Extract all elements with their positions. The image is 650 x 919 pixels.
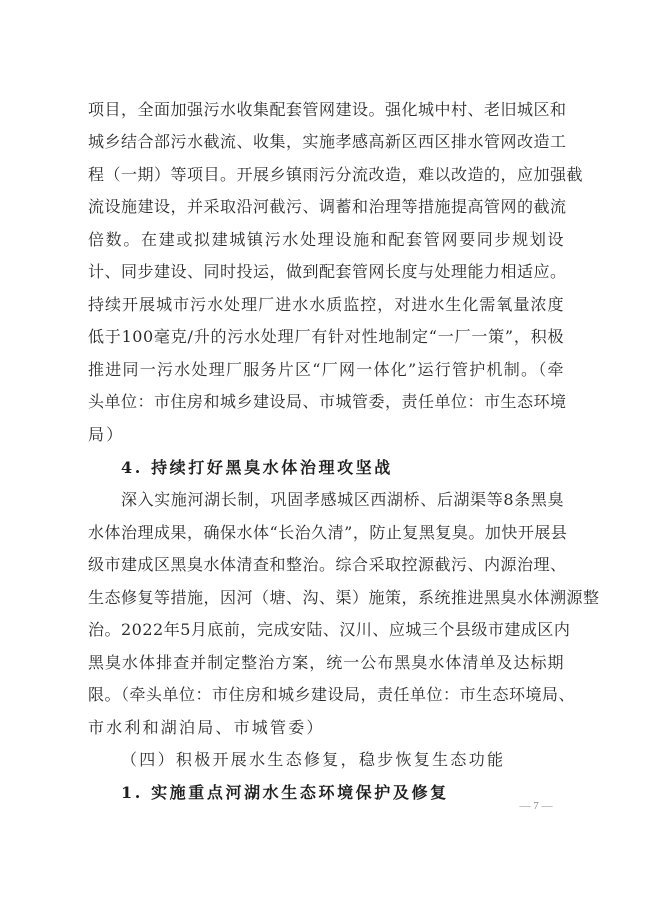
section-heading-1: 1. 实施重点河湖水生态环境保护及修复 <box>121 781 564 805</box>
body-line: 头单位：市住房和城乡建设局、市城管委，责任单位：市生态环境 <box>88 390 564 414</box>
body-line: 流设施建设，并采取沿河截污、调蓄和治理等措施提高管网的截流 <box>88 195 564 219</box>
body-line: 生态修复等措施，因河（塘、沟、渠）施策，系统推进黑臭水体溯源整 <box>88 586 564 610</box>
body-line: 项目，全面加强污水收集配套管网建设。强化城中村、老旧城区和 <box>88 98 564 122</box>
body-line: 计、同步建设、同时投运，做到配套管网长度与处理能力相适应。 <box>88 260 564 284</box>
section-heading-4: 4. 持续打好黑臭水体治理攻坚战 <box>121 456 564 480</box>
page-number: — 7 — <box>508 798 564 814</box>
section-heading-four: （四）积极开展水生态修复，稳步恢复生态功能 <box>121 748 564 772</box>
body-line: 水体治理成果，确保水体“长治久清”，防止复黑复臭。加快开展县 <box>88 521 564 545</box>
body-line: 市水利和湖泊局、市城管委） <box>88 716 564 740</box>
body-line: 局） <box>88 423 564 447</box>
body-line: 持续开展城市污水处理厂进水水质监控，对进水生化需氧量浓度 <box>88 293 564 317</box>
body-line: 级市建成区黑臭水体清查和整治。综合采取控源截污、内源治理、 <box>88 553 564 577</box>
body-line: 推进同一污水处理厂服务片区“厂网一体化”运行管护机制。（牵 <box>88 358 564 382</box>
document-page: 项目，全面加强污水收集配套管网建设。强化城中村、老旧城区和 城乡结合部污水截流、… <box>0 0 650 919</box>
body-line: 程（一期）等项目。开展乡镇雨污分流改造，难以改造的，应加强截 <box>88 163 564 187</box>
body-line: 限。（牵头单位：市住房和城乡建设局，责任单位：市生态环境局、 <box>88 683 564 707</box>
body-line: 倍数。在建或拟建城镇污水处理设施和配套管网要同步规划设 <box>88 228 564 252</box>
body-line: 深入实施河湖长制，巩固孝感城区西湖桥、后湖渠等8条黑臭 <box>121 488 564 512</box>
body-line: 城乡结合部污水截流、收集，实施孝感高新区西区排水管网改造工 <box>88 130 564 154</box>
body-line: 黑臭水体排查并制定整治方案，统一公布黑臭水体清单及达标期 <box>88 651 564 675</box>
body-line: 治。2022年5月底前，完成安陆、汉川、应城三个县级市建成区内 <box>88 618 564 642</box>
body-line: 低于100毫克/升的污水处理厂有针对性地制定“一厂一策”，积极 <box>88 325 564 349</box>
